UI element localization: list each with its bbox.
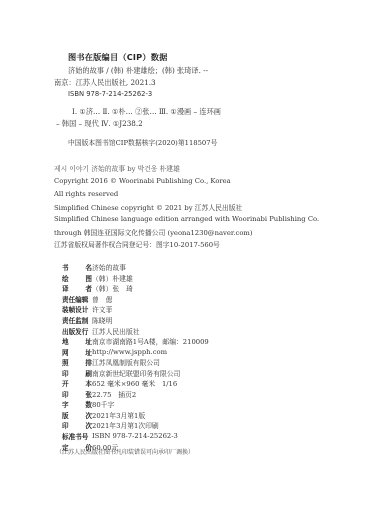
colophon-value: （韩）朴建雄: [92, 273, 133, 283]
footnote: （江苏人民出版社图书凡印装错误可向承印厂调换）: [56, 447, 194, 456]
colophon-label-part: 者: [85, 283, 92, 293]
colophon-label-part: 次: [85, 410, 92, 420]
colophon-label-part: 图: [85, 273, 92, 283]
colophon-value: 许文菲: [92, 304, 112, 314]
colophon-label-part: 名: [85, 262, 92, 272]
colophon-label: 开本: [62, 378, 92, 388]
colophon-label-part: 绘: [62, 273, 69, 283]
colophon-label-part: 刷: [85, 368, 92, 378]
edition-arranged: Simplified Chinese language edition arra…: [54, 215, 319, 223]
colophon-label-part: 本: [85, 378, 92, 388]
cip-title-line: 济始的故事 / (韩) 朴建雄绘；(韩) 张琦译. --: [68, 66, 208, 76]
cip-isbn: ISBN 978-7-214-25262-3: [68, 90, 152, 98]
colophon-label-part: 地: [62, 336, 69, 346]
simplified-copyright: Simplified Chinese copyright © 2021 by 江…: [54, 202, 242, 212]
colophon-row: 版次2021年3月第1版: [62, 410, 209, 421]
colophon-label: 网址: [62, 347, 92, 357]
colophon-row: 印刷南京新世纪联盟印务有限公司: [62, 367, 209, 378]
colophon-label-part: 照: [62, 357, 69, 367]
colophon-label-part: 网: [62, 347, 69, 357]
colophon-label-part: 责任编辑: [62, 294, 88, 304]
colophon-label: 出版发行: [62, 326, 92, 336]
agency-through: through 韩国连亚国际文化传播公司 (yeona1230@naver.co…: [54, 227, 253, 237]
cip-heading: 图书在版编目（CIP）数据: [68, 52, 168, 63]
colophon-value: 22.75 插页2: [92, 389, 136, 399]
colophon-value: 曾 偲: [92, 294, 112, 304]
colophon-label-part: 数: [85, 399, 92, 409]
colophon-label: 字数: [62, 399, 92, 409]
colophon-label: 责任编辑: [62, 294, 92, 304]
colophon-label: 版次: [62, 410, 92, 420]
colophon-row: 地址南京市湖南路1号A楼，邮编：210009: [62, 336, 209, 347]
colophon-label-part: 字: [62, 399, 69, 409]
colophon-label-part: 张: [85, 389, 92, 399]
colophon-row: 开本652 毫米×960 毫米 1/16: [62, 378, 209, 389]
colophon-label: 地址: [62, 336, 92, 346]
colophon-row: 绘图（韩）朴建雄: [62, 273, 209, 284]
copyright-line: Copyright 2016 © Woorinabi Publishing Co…: [54, 177, 231, 185]
colophon-value: ISBN 978-7-214-25262-3: [92, 432, 178, 440]
cip-number: 中国版本图书馆CIP数据核字(2020)第118507号: [68, 137, 217, 147]
colophon-label: 书名: [62, 262, 92, 272]
colophon-row: 译者（韩）张 琦: [62, 283, 209, 294]
cip-classification-2: – 韩国 – 现代 Ⅳ. ①J238.2: [56, 119, 143, 129]
colophon-label: 印次: [62, 420, 92, 430]
colophon-row: 印次2021年3月第1次印刷: [62, 420, 209, 431]
colophon-value: 济始的故事: [92, 262, 126, 272]
colophon-table: 书名济始的故事绘图（韩）朴建雄译者（韩）张 琦责任编辑曾 偲装帧设计许文菲责任监…: [62, 262, 209, 452]
colophon-value: 南京新世纪联盟印务有限公司: [92, 368, 180, 378]
colophon-row: 照排江苏凤凰制版有限公司: [62, 357, 209, 368]
colophon-value: 652 毫米×960 毫米 1/16: [92, 378, 177, 388]
colophon-value: 80千字: [92, 399, 114, 409]
colophon-value: 2021年3月第1版: [92, 410, 145, 420]
colophon-label-part: 次: [85, 420, 92, 430]
colophon-row: 字数80千字: [62, 399, 209, 410]
colophon-label: 责任监制: [62, 315, 92, 325]
colophon-label-part: 版: [62, 410, 69, 420]
colophon-value: （韩）张 琦: [92, 283, 133, 293]
colophon-label-part: 书: [62, 262, 69, 272]
colophon-row: 网址http://www.jspph.com: [62, 346, 209, 357]
colophon-value: http://www.jspph.com: [92, 348, 167, 356]
colophon-label-part: 印: [62, 420, 69, 430]
copyright-page: 图书在版编目（CIP）数据 济始的故事 / (韩) 朴建雄绘；(韩) 张琦译. …: [0, 0, 375, 506]
colophon-label-part: 标准书号: [62, 431, 88, 441]
colophon-label: 印刷: [62, 368, 92, 378]
colophon-value: 江苏凤凰制版有限公司: [92, 357, 160, 367]
colophon-row: 责任监制陈晓明: [62, 315, 209, 326]
colophon-label-part: 印: [62, 389, 69, 399]
colophon-label-part: 址: [85, 336, 92, 346]
colophon-label-part: 责任监制: [62, 315, 88, 325]
colophon-value: 南京市湖南路1号A楼，邮编：210009: [92, 336, 209, 346]
rights-reserved: All rights reserved: [54, 190, 118, 198]
colophon-label: 译者: [62, 283, 92, 293]
colophon-label-part: 装帧设计: [62, 304, 88, 314]
colophon-label: 照排: [62, 357, 92, 367]
colophon-row: 印张22.75 插页2: [62, 389, 209, 400]
original-title: 제시 이야기 济始的故事 by 박건웅 朴建雄: [54, 163, 180, 173]
colophon-row: 责任编辑曾 偲: [62, 294, 209, 305]
colophon-row: 装帧设计许文菲: [62, 304, 209, 315]
colophon-label-part: 出版发行: [62, 326, 88, 336]
colophon-label: 绘图: [62, 273, 92, 283]
colophon-label-part: 排: [85, 357, 92, 367]
colophon-label-part: 址: [85, 347, 92, 357]
colophon-row: 出版发行江苏人民出版社: [62, 325, 209, 336]
cip-publisher-line: 南京：江苏人民出版社, 2021.3: [54, 78, 156, 88]
colophon-label-part: 印: [62, 368, 69, 378]
cip-classification-1: Ⅰ. ①济… Ⅱ. ①朴… ②张… Ⅲ. ①漫画 – 连环画: [72, 107, 221, 117]
colophon-value: 江苏人民出版社: [92, 326, 140, 336]
colophon-value: 2021年3月第1次印刷: [92, 420, 159, 430]
colophon-row: 书名济始的故事: [62, 262, 209, 273]
colophon-value: 陈晓明: [92, 315, 112, 325]
colophon-label-part: 开: [62, 378, 69, 388]
colophon-label-part: 译: [62, 283, 69, 293]
colophon-label: 印张: [62, 389, 92, 399]
colophon-label: 标准书号: [62, 431, 92, 441]
registration-number: 江苏省版权局著作权合同登记号：图字10-2017-560号: [54, 239, 220, 249]
colophon-row: 标准书号ISBN 978-7-214-25262-3: [62, 431, 209, 442]
colophon-label: 装帧设计: [62, 304, 92, 314]
